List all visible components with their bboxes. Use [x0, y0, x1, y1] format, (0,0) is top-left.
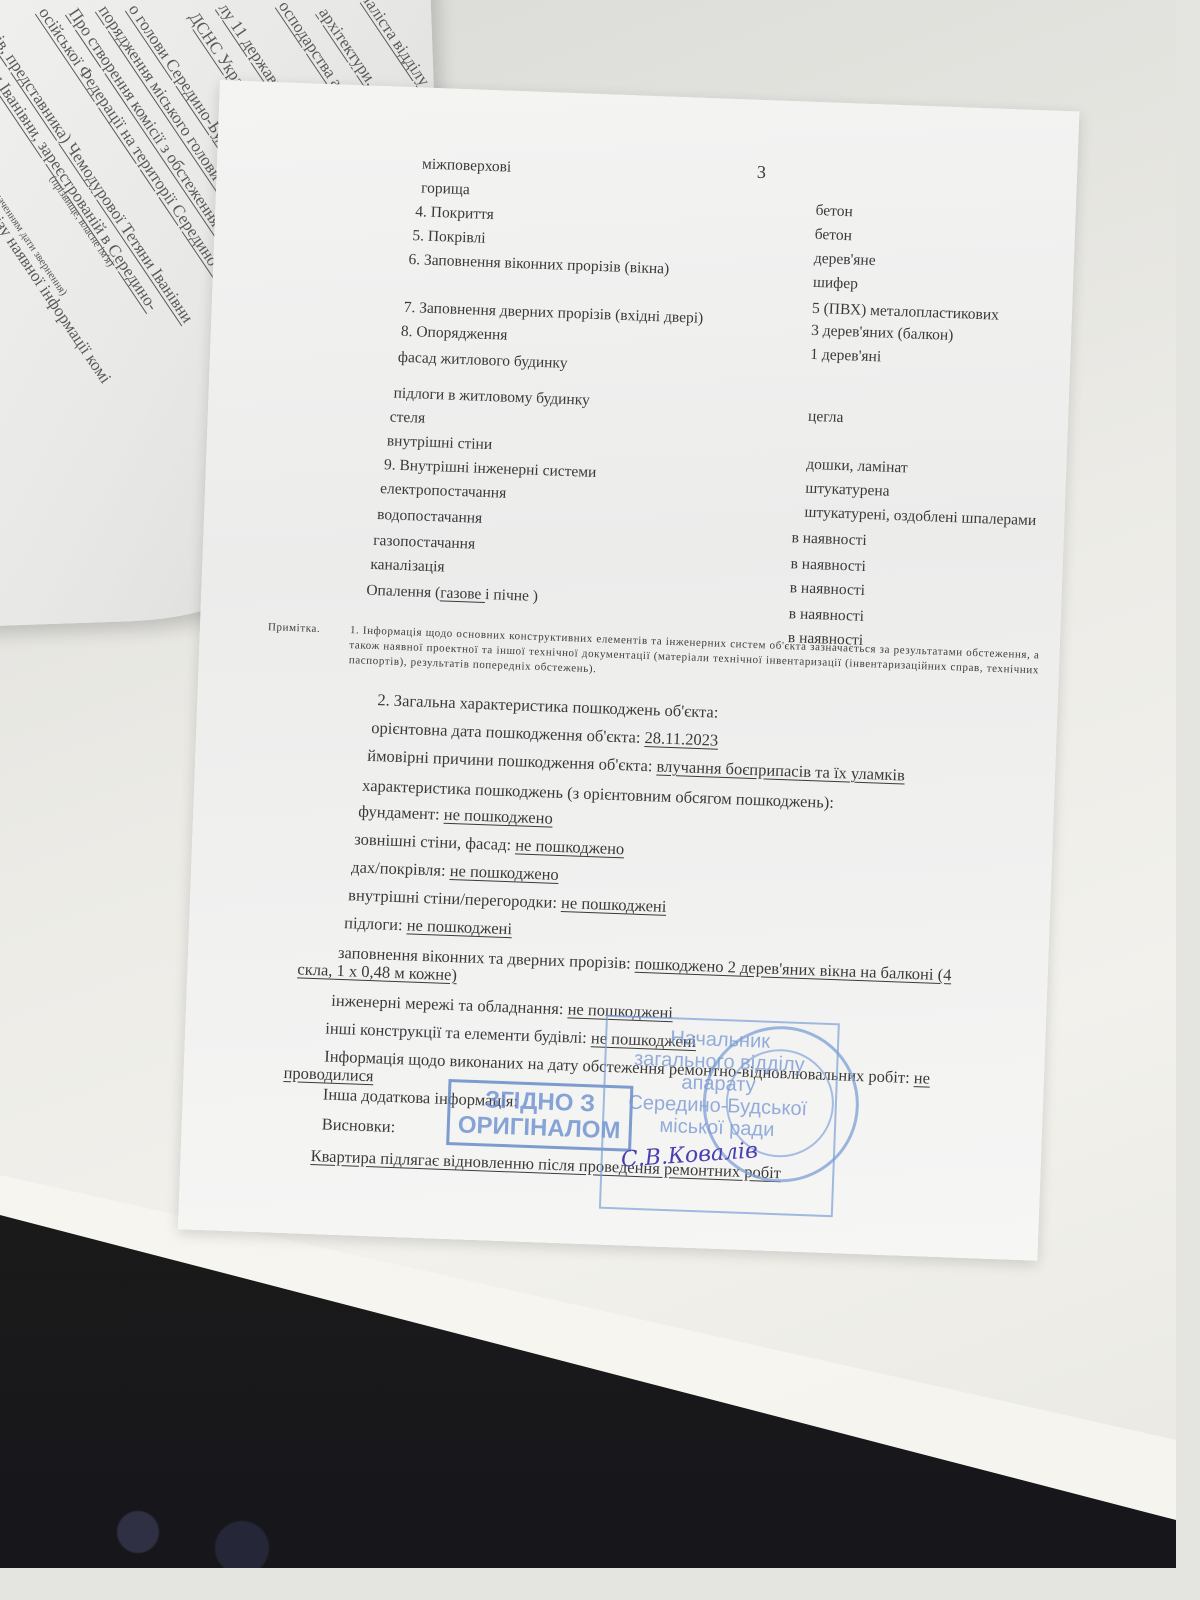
page-number: 3	[757, 162, 767, 183]
carpet-pattern	[60, 1500, 320, 1568]
damage-field: фундамент: не пошкоджено	[358, 802, 553, 829]
structure-label: стеля	[389, 408, 425, 427]
structure-label: 8. Опорядження	[401, 323, 508, 345]
official-stamp-text: Начальникзагального відділуапаратуСереди…	[612, 1025, 826, 1143]
structure-value: штукатурена	[805, 480, 890, 501]
structure-label: фасад житлового будинку	[398, 349, 568, 373]
structure-label: міжповерхові	[422, 155, 512, 176]
structure-label: внутрішні стіни	[387, 432, 493, 454]
structure-value: 3 дерев'яних (балкон)	[811, 322, 954, 345]
structure-value: в наявності	[791, 529, 867, 550]
structure-value: в наявності	[790, 555, 866, 576]
structure-value: дерев'яне	[814, 250, 876, 270]
structure-value: 5 (ПВХ) металопластикових	[812, 300, 1000, 325]
copy-stamp-line: ОРИГІНАЛОМ	[457, 1112, 620, 1144]
structure-label: підлоги в житловому будинку	[393, 385, 590, 410]
structure-value: штукатурені, оздоблені шпалерами	[804, 504, 1036, 530]
structure-value: в наявності	[789, 579, 865, 600]
damage-field: зовнішні стіни, фасад: не пошкоджено	[354, 829, 625, 859]
document-page: 3 міжповерховігорищабетон4. Покриттябето…	[178, 80, 1080, 1261]
conclusions-label: Висновки:	[321, 1114, 395, 1137]
structure-label: 7. Заповнення дверних прорізів (вхідні д…	[403, 299, 703, 328]
structure-value: в наявності	[788, 605, 864, 626]
structure-value: дошки, ламінат	[806, 456, 908, 478]
footnote-text: 1. Інформація щодо основних конструктивн…	[349, 624, 1040, 676]
footnote: Примітка. 1. Інформація щодо основних ко…	[349, 623, 1040, 693]
structure-label: електропостачання	[380, 480, 507, 503]
structure-value: бетон	[815, 202, 853, 221]
structure-value: цегла	[808, 408, 844, 427]
damage-field: орієнтовна дата пошкодження об'єкта: 28.…	[371, 718, 719, 751]
structure-label: 6. Заповнення віконних прорізів (вікна)	[408, 251, 669, 279]
structure-value: 1 дерев'яні	[810, 346, 881, 367]
structure-value: бетон	[814, 226, 852, 245]
damage-field: проводилися	[283, 1063, 374, 1086]
structure-label: водопостачання	[377, 506, 483, 528]
damage-field: дах/покрівля: не пошкоджено	[351, 857, 559, 885]
structure-label: 9. Внутрішні інженерні системи	[384, 456, 597, 482]
structure-label: Опалення (газове і пічне )	[366, 582, 538, 606]
structure-value: шифер	[813, 274, 859, 294]
section2-title: 2. Загальна характеристика пошкоджень об…	[377, 690, 719, 722]
structure-label: 5. Покрівлі	[412, 227, 486, 248]
damage-field: підлоги: не пошкоджені	[344, 913, 513, 939]
structure-label: каналізація	[370, 556, 445, 577]
damage-field: внутрішні стіни/перегородки: не пошкодже…	[348, 885, 667, 917]
structure-label: горища	[421, 179, 470, 199]
footnote-head: Примітка.	[268, 620, 321, 637]
structure-label: 4. Покриття	[415, 203, 494, 224]
structure-label: газопостачання	[373, 532, 476, 554]
